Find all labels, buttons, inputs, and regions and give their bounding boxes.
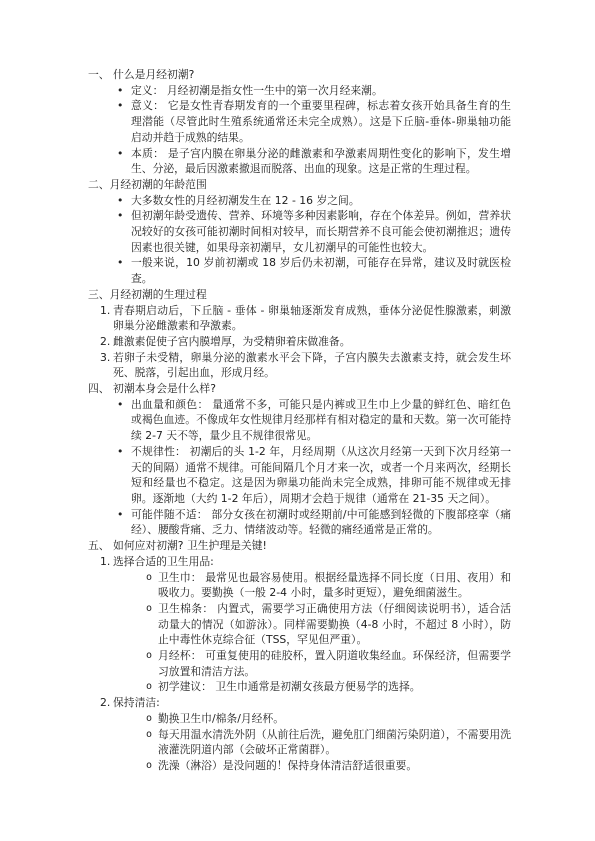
sub-list-item-text: 卫生巾： 最常见也最容易使用。根据经量选择不同长度（日用、夜用）和吸收力。要勤换… <box>158 570 511 601</box>
sub-list-item: o 洗澡（淋浴）是没问题的！保持身体清洁舒适很重要。 <box>88 758 511 774</box>
sub-list-item: o 卫生巾： 最常见也最容易使用。根据经量选择不同长度（日用、夜用）和吸收力。要… <box>88 570 511 601</box>
sub-list-item: o 勤换卫生巾/棉条/月经杯。 <box>88 711 511 727</box>
sub-list-item-text: 卫生棉条： 内置式，需要学习正确使用方法（仔细阅读说明书），适合活动量大的情况（… <box>158 601 511 648</box>
list-item-text: 一般来说，10 岁前初潮或 18 岁后仍未初潮，可能存在异常，建议及时就医检查。 <box>131 255 511 286</box>
list-item: • 大多数女性的月经初潮发生在 12 - 16 岁之间。 <box>88 193 511 209</box>
section-heading-1: 一、 什么是月经初潮? <box>88 67 511 83</box>
section-heading-3: 三、月经初潮的生理过程 <box>88 287 511 303</box>
document-page: 一、 什么是月经初潮? • 定义： 月经初潮是指女性一生中的第一次月经来潮。 •… <box>0 0 595 841</box>
list-item: 1. 青春期启动后，下丘脑 - 垂体 - 卵巢轴逐渐发育成熟，垂体分泌促性腺激素… <box>88 303 511 334</box>
number-marker: 2. <box>100 334 110 350</box>
list-item: • 不规律性： 初潮后的头 1-2 年，月经周期（从这次月经第一天到下次月经第一… <box>88 444 511 507</box>
list-item: 2. 保持清洁: <box>88 695 511 711</box>
list-item-text: 可能伴随不适： 部分女孩在初潮时或经期前/中可能感到轻微的下腹部痉挛（痛经）、腰… <box>131 507 511 538</box>
list-item: 1. 选择合适的卫生用品: <box>88 554 511 570</box>
list-item-text: 但初潮年龄受遗传、营养、环境等多种因素影响，存在个体差异。例如，营养状况较好的女… <box>131 208 511 255</box>
section-heading-4: 四、 初潮本身会是什么样? <box>88 381 511 397</box>
sub-list-item: o 月经杯： 可重复使用的硅胶杯，置入阴道收集经血。环保经济，但需要学习放置和清… <box>88 648 511 679</box>
list-item: • 但初潮年龄受遗传、营养、环境等多种因素影响，存在个体差异。例如，营养状况较好… <box>88 208 511 255</box>
sub-list-item-text: 勤换卫生巾/棉条/月经杯。 <box>158 711 511 727</box>
number-marker: 2. <box>100 695 110 711</box>
circle-marker: o <box>146 570 152 586</box>
sub-list-item: o 初学建议： 卫生巾通常是初潮女孩最方便易学的选择。 <box>88 679 511 695</box>
list-item-text: 不规律性： 初潮后的头 1-2 年，月经周期（从这次月经第一天到下次月经第一天的… <box>131 444 511 507</box>
sub-list-item-text: 初学建议： 卫生巾通常是初潮女孩最方便易学的选择。 <box>158 679 511 695</box>
list-item-text: 定义： 月经初潮是指女性一生中的第一次月经来潮。 <box>131 83 511 99</box>
list-item-text: 选择合适的卫生用品: <box>113 554 511 570</box>
list-item: • 一般来说，10 岁前初潮或 18 岁后仍未初潮，可能存在异常，建议及时就医检… <box>88 255 511 286</box>
list-item: 3. 若卵子未受精，卵巢分泌的激素水平会下降，子宫内膜失去激素支持，就会发生坏死… <box>88 350 511 381</box>
bullet-marker: • <box>117 444 123 460</box>
bullet-marker: • <box>117 98 123 114</box>
sub-list-item-text: 月经杯： 可重复使用的硅胶杯，置入阴道收集经血。环保经济，但需要学习放置和清洁方… <box>158 648 511 679</box>
list-item-text: 保持清洁: <box>113 695 511 711</box>
bullet-marker: • <box>117 83 123 99</box>
bullet-marker: • <box>117 255 123 271</box>
list-item-text: 出血量和颜色： 量通常不多，可能只是内裤或卫生巾上少量的鲜红色、暗红色或褐色血迹… <box>131 397 511 444</box>
bullet-marker: • <box>117 507 123 523</box>
sub-list-item: o 每天用温水清洗外阴（从前往后洗，避免肛门细菌污染阴道），不需要用洗液灌洗阴道… <box>88 727 511 758</box>
number-marker: 3. <box>100 350 110 366</box>
circle-marker: o <box>146 711 152 727</box>
section-heading-2: 二、月经初潮的年龄范围 <box>88 177 511 193</box>
list-item: • 本质： 是子宫内膜在卵巢分泌的雌激素和孕激素周期性变化的影响下，发生增生、分… <box>88 146 511 177</box>
list-item: • 意义： 它是女性青春期发育的一个重要里程碑，标志着女孩开始具备生育的生理潜能… <box>88 98 511 145</box>
list-item-text: 本质： 是子宫内膜在卵巢分泌的雌激素和孕激素周期性变化的影响下，发生增生、分泌，… <box>131 146 511 177</box>
circle-marker: o <box>146 679 152 695</box>
bullet-marker: • <box>117 397 123 413</box>
list-item-text: 大多数女性的月经初潮发生在 12 - 16 岁之间。 <box>131 193 511 209</box>
list-item-text: 意义： 它是女性青春期发育的一个重要里程碑，标志着女孩开始具备生育的生理潜能（尽… <box>131 98 511 145</box>
circle-marker: o <box>146 648 152 664</box>
circle-marker: o <box>146 758 152 774</box>
circle-marker: o <box>146 601 152 617</box>
list-item-text: 若卵子未受精，卵巢分泌的激素水平会下降，子宫内膜失去激素支持，就会发生坏死、脱落… <box>113 350 511 381</box>
sub-list-item-text: 洗澡（淋浴）是没问题的！保持身体清洁舒适很重要。 <box>158 758 511 774</box>
bullet-marker: • <box>117 146 123 162</box>
list-item: • 可能伴随不适： 部分女孩在初潮时或经期前/中可能感到轻微的下腹部痉挛（痛经）… <box>88 507 511 538</box>
number-marker: 1. <box>100 554 110 570</box>
list-item: 2. 雌激素促使子宫内膜增厚，为受精卵着床做准备。 <box>88 334 511 350</box>
list-item: • 出血量和颜色： 量通常不多，可能只是内裤或卫生巾上少量的鲜红色、暗红色或褐色… <box>88 397 511 444</box>
bullet-marker: • <box>117 208 123 224</box>
list-item-text: 雌激素促使子宫内膜增厚，为受精卵着床做准备。 <box>113 334 511 350</box>
list-item-text: 青春期启动后，下丘脑 - 垂体 - 卵巢轴逐渐发育成熟，垂体分泌促性腺激素，刺激… <box>113 303 511 334</box>
sub-list-item-text: 每天用温水清洗外阴（从前往后洗，避免肛门细菌污染阴道），不需要用洗液灌洗阴道内部… <box>158 727 511 758</box>
sub-list-item: o 卫生棉条： 内置式，需要学习正确使用方法（仔细阅读说明书），适合活动量大的情… <box>88 601 511 648</box>
bullet-marker: • <box>117 193 123 209</box>
circle-marker: o <box>146 727 152 743</box>
section-heading-5: 五、 如何应对初潮? 卫生护理是关键! <box>88 538 511 554</box>
list-item: • 定义： 月经初潮是指女性一生中的第一次月经来潮。 <box>88 83 511 99</box>
number-marker: 1. <box>100 303 110 319</box>
